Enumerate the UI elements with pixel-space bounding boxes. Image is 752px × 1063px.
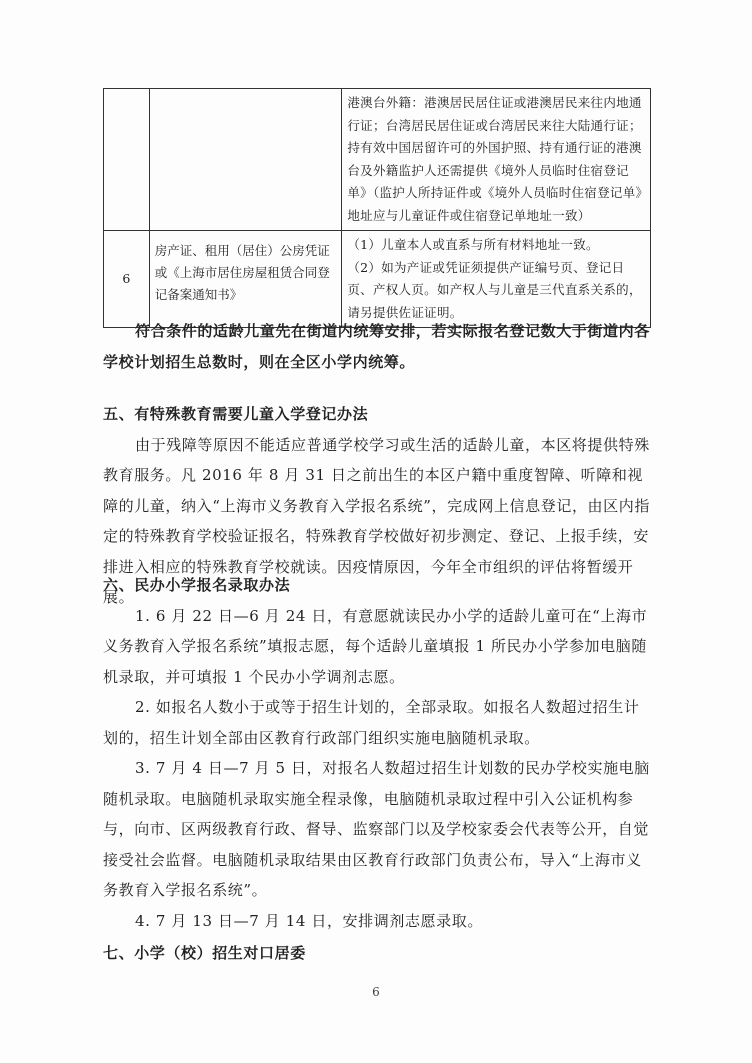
section-6-item-1: 1. 6 月 22 日—6 月 24 日，有意愿就读民办小学的适龄儿童可在“上海… bbox=[103, 601, 651, 693]
requirement-item-2: （2）如为产证或凭证须提供产证编号页、登记日页、产权人页。如产权人与儿童是三代直… bbox=[347, 257, 645, 325]
intro-paragraph: 符合条件的适龄儿童先在街道内统筹安排，若实际报名登记数大于街道内各学校计划招生总… bbox=[103, 316, 651, 377]
requirement-cell: 港澳台外籍：港澳居民居住证或港澳居民来往内地通行证；台湾居民居住证或台湾居民来往… bbox=[342, 89, 651, 231]
page-number: 6 bbox=[0, 985, 752, 999]
document-page: 港澳台外籍：港澳居民居住证或港澳居民来往内地通行证；台湾居民居住证或台湾居民来往… bbox=[0, 0, 752, 1063]
section-6-heading: 六、民办小学报名录取办法 bbox=[103, 570, 651, 601]
section-6-item-4: 4. 7 月 13 日—7 月 14 日，安排调剂志愿录取。 bbox=[103, 906, 651, 937]
requirement-item-1: （1）儿童本人或直系与所有材料地址一致。 bbox=[347, 234, 645, 257]
section-7-heading: 七、小学（校）招生对口居委 bbox=[103, 938, 651, 969]
section-5-heading: 五、有特殊教育需要儿童入学登记办法 bbox=[103, 399, 651, 430]
material-cell bbox=[149, 89, 342, 231]
section-6-item-3: 3. 7 月 4 日—7 月 5 日，对报名人数超过招生计划数的民办学校实施电脑… bbox=[103, 753, 651, 906]
material-cell: 房产证、租用（居住）公房凭证或《上海市居住房屋租赁合同登记备案通知书》 bbox=[149, 231, 342, 328]
table-row: 港澳台外籍：港澳居民居住证或港澳居民来往内地通行证；台湾居民居住证或台湾居民来往… bbox=[104, 89, 651, 231]
section-6: 六、民办小学报名录取办法 1. 6 月 22 日—6 月 24 日，有意愿就读民… bbox=[103, 570, 651, 936]
table-row: 6 房产证、租用（居住）公房凭证或《上海市居住房屋租赁合同登记备案通知书》 （1… bbox=[104, 231, 651, 328]
intro-paragraph-block: 符合条件的适龄儿童先在街道内统筹安排，若实际报名登记数大于街道内各学校计划招生总… bbox=[103, 316, 651, 377]
section-7: 七、小学（校）招生对口居委 bbox=[103, 938, 651, 969]
row-number-cell: 6 bbox=[104, 231, 150, 328]
requirements-table: 港澳台外籍：港澳居民居住证或港澳居民来往内地通行证；台湾居民居住证或台湾居民来往… bbox=[103, 88, 651, 328]
requirement-cell: （1）儿童本人或直系与所有材料地址一致。 （2）如为产证或凭证须提供产证编号页、… bbox=[342, 231, 651, 328]
material-text: 房产证、租用（居住）公房凭证或《上海市居住房屋租赁合同登记备案通知书》 bbox=[155, 240, 337, 306]
section-6-item-2: 2. 如报名人数小于或等于招生计划的，全部录取。如报名人数超过招生计划的，招生计… bbox=[103, 692, 651, 753]
row-number-cell bbox=[104, 89, 150, 231]
